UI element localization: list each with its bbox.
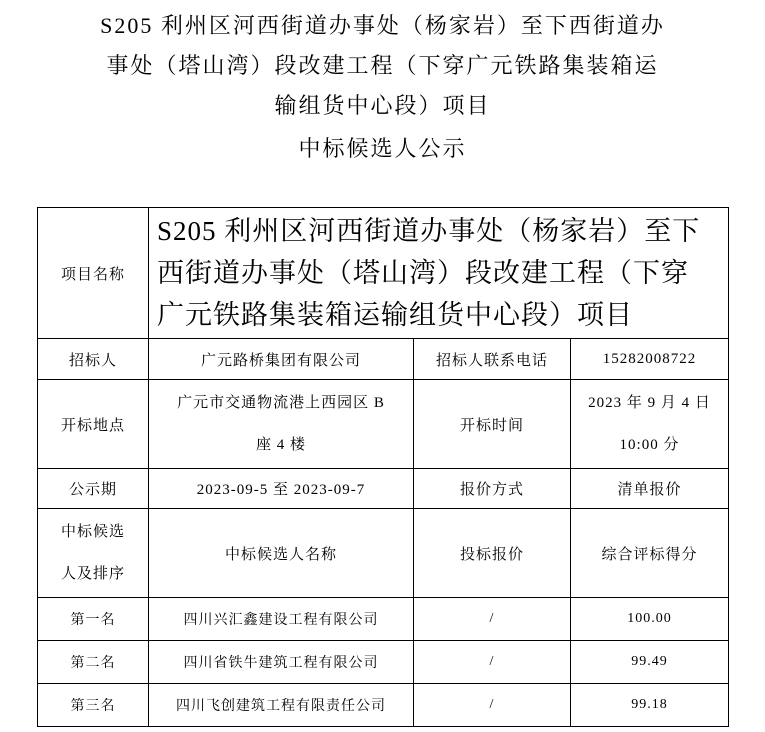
- candidate-2-name: 四川省铁牛建筑工程有限公司: [149, 641, 414, 684]
- quote-method-value: 清单报价: [571, 469, 729, 509]
- project-name-value: S205 利州区河西街道办事处（杨家岩）至下 西街道办事处（塔山湾）段改建工程（…: [149, 208, 729, 339]
- project-name-label: 项目名称: [38, 208, 149, 339]
- candidate-1-bid: /: [414, 598, 571, 641]
- candidate-3-bid: /: [414, 684, 571, 727]
- bid-opening-time-value: 2023 年 9 月 4 日 10:00 分: [571, 380, 729, 469]
- candidate-3-name: 四川飞创建筑工程有限责任公司: [149, 684, 414, 727]
- candidates-name-header: 中标候选人名称: [149, 509, 414, 598]
- table-row-bid-opening: 开标地点 广元市交通物流港上西园区 B 座 4 楼 开标时间 2023 年 9 …: [38, 380, 729, 469]
- candidate-1-name: 四川兴汇鑫建设工程有限公司: [149, 598, 414, 641]
- candidate-1-rank: 第一名: [38, 598, 149, 641]
- bid-announcement-table: 项目名称 S205 利州区河西街道办事处（杨家岩）至下 西街道办事处（塔山湾）段…: [37, 207, 729, 727]
- bid-opening-place-value: 广元市交通物流港上西园区 B 座 4 楼: [149, 380, 414, 469]
- table-row-candidates-header: 中标候选 人及排序 中标候选人名称 投标报价 综合评标得分: [38, 509, 729, 598]
- candidate-2-rank: 第二名: [38, 641, 149, 684]
- tenderer-value: 广元路桥集团有限公司: [149, 339, 414, 380]
- candidate-2-score: 99.49: [571, 641, 729, 684]
- candidate-3-score: 99.18: [571, 684, 729, 727]
- quote-method-label: 报价方式: [414, 469, 571, 509]
- page-title: S205 利州区河西街道办事处（杨家岩）至下西街道办 事处（塔山湾）段改建工程（…: [0, 0, 765, 126]
- candidate-2-bid: /: [414, 641, 571, 684]
- table-row-project-name: 项目名称 S205 利州区河西街道办事处（杨家岩）至下 西街道办事处（塔山湾）段…: [38, 208, 729, 339]
- page-subtitle: 中标候选人公示: [0, 129, 765, 169]
- table-row-candidate-3: 第三名 四川飞创建筑工程有限责任公司 / 99.18: [38, 684, 729, 727]
- table-row-publicity-period: 公示期 2023-09-5 至 2023-09-7 报价方式 清单报价: [38, 469, 729, 509]
- candidate-3-rank: 第三名: [38, 684, 149, 727]
- announcement-page: S205 利州区河西街道办事处（杨家岩）至下西街道办 事处（塔山湾）段改建工程（…: [0, 0, 765, 732]
- candidates-score-header: 综合评标得分: [571, 509, 729, 598]
- publicity-period-label: 公示期: [38, 469, 149, 509]
- candidate-1-score: 100.00: [571, 598, 729, 641]
- table-row-candidate-2: 第二名 四川省铁牛建筑工程有限公司 / 99.49: [38, 641, 729, 684]
- table-row-candidate-1: 第一名 四川兴汇鑫建设工程有限公司 / 100.00: [38, 598, 729, 641]
- candidates-rank-header: 中标候选 人及排序: [38, 509, 149, 598]
- bid-opening-place-label: 开标地点: [38, 380, 149, 469]
- bid-opening-time-label: 开标时间: [414, 380, 571, 469]
- candidates-bid-header: 投标报价: [414, 509, 571, 598]
- tenderer-phone-value: 15282008722: [571, 339, 729, 380]
- tenderer-phone-label: 招标人联系电话: [414, 339, 571, 380]
- table-row-tenderer: 招标人 广元路桥集团有限公司 招标人联系电话 15282008722: [38, 339, 729, 380]
- publicity-period-value: 2023-09-5 至 2023-09-7: [149, 469, 414, 509]
- tenderer-label: 招标人: [38, 339, 149, 380]
